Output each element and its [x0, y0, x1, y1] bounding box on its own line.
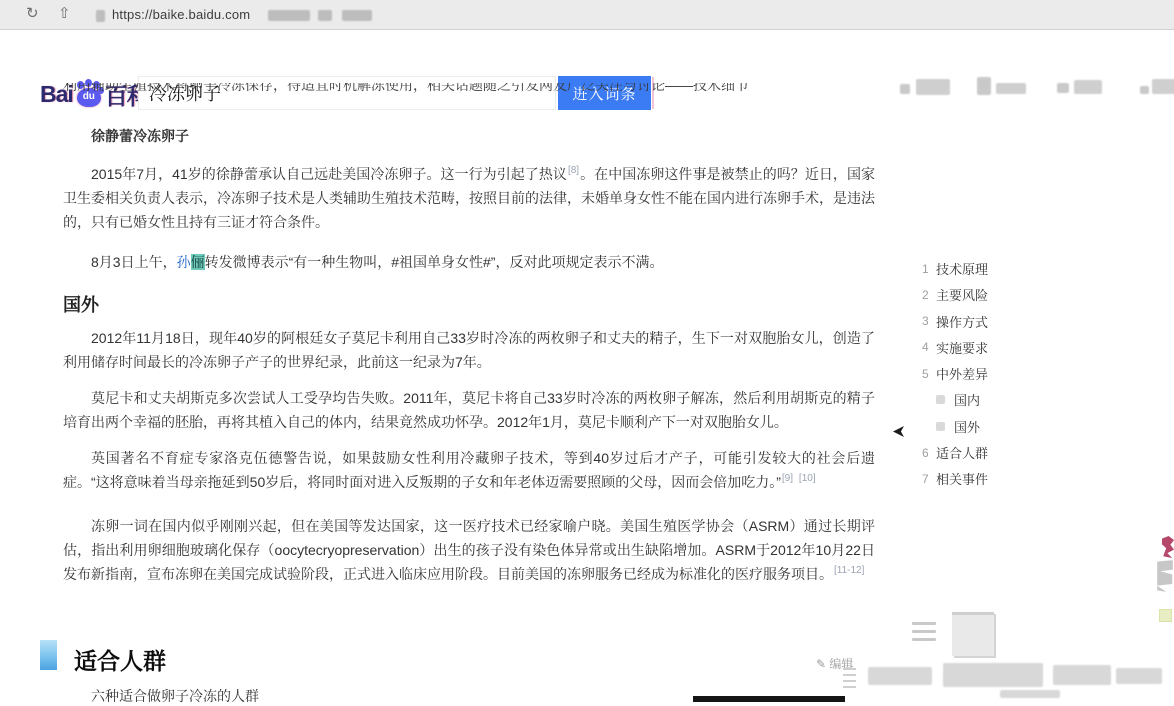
catalog-label: 实施要求: [936, 338, 988, 357]
catalog-label: 操作方式: [936, 312, 988, 331]
subheading-xujinglei: 徐静蕾冷冻卵子: [63, 124, 875, 148]
paragraph-text: 8月3日上午，: [91, 254, 177, 270]
catalog-number: 2: [922, 288, 936, 302]
reference-8[interactable]: [8]: [567, 165, 580, 176]
bullet-icon: [936, 395, 945, 404]
paragraph-text: 转发微博表示“有一种生物叫，#祖国单身女性#”，反对此项规定表示不满。: [205, 254, 664, 270]
catalog-label: 主要风险: [936, 285, 988, 304]
reference-9[interactable]: [9]: [781, 473, 794, 484]
header-link-icon[interactable]: [1057, 83, 1069, 93]
catalog-label: 中外差异: [936, 364, 988, 383]
catalog-label: 国外: [954, 417, 980, 436]
baike-header: Bai du 百科 进入词条: [0, 31, 1174, 83]
paragraph-text: 英国著名不育症专家洛克伍德警告说，如果鼓励女性利用冷藏卵子技术，等到40岁过后才…: [63, 450, 875, 490]
bullet-icon: [936, 422, 945, 431]
blurred-toolbar-text: [1116, 668, 1162, 684]
reload-icon[interactable]: ↻: [26, 4, 39, 22]
edit-pencil-icon: ✎: [816, 657, 826, 671]
paragraph-sunli: 8月3日上午，孙俪转发微博表示“有一种生物叫，#祖国单身女性#”，反对此项规定表…: [63, 250, 875, 274]
catalog-label: 相关事件: [936, 469, 988, 488]
catalog-item-0[interactable]: 1 技术原理: [922, 262, 1032, 275]
paragraph-asrm: 冻卵一词在国内似乎刚刚兴起，但在美国等发达国家，这一医疗技术已经家喻户晓。美国生…: [63, 514, 875, 586]
paragraph-text: 2015年7月，41岁的徐静蕾承认自己远赴美国冷冻卵子。这一行为引起了热议: [91, 166, 567, 182]
catalog-item-1[interactable]: 2 主要风险: [922, 288, 1032, 301]
browser-chrome: ↻ ⇧ https://baike.baidu.com: [0, 0, 1174, 30]
catalog-item-3[interactable]: 4 实施要求: [922, 341, 1032, 354]
catalog-number: 5: [922, 367, 936, 381]
catalog-item-4[interactable]: 5 中外差异: [922, 367, 1032, 380]
catalog-label: 适合人群: [936, 443, 988, 462]
header-link-icon[interactable]: [1140, 86, 1149, 94]
header-link-blurred[interactable]: [1074, 80, 1102, 94]
reference-11-12[interactable]: [11-12]: [833, 565, 865, 576]
catalog-sidebar: 1 技术原理 2 主要风险 3 操作方式 4 实施要求 5 中外差异 国内 国外…: [922, 262, 1032, 499]
blurred-toolbar-text: [1000, 690, 1060, 698]
blurred-toolbar-text: [1053, 665, 1111, 685]
clipped-yellow-widget: [1159, 609, 1172, 622]
address-bar-url[interactable]: https://baike.baidu.com: [112, 7, 250, 22]
paragraph-text: 冻卵一词在国内似乎刚刚兴起，但在美国等发达国家，这一医疗技术已经家喻户晓。美国生…: [63, 518, 875, 582]
mouse-cursor: [893, 425, 904, 438]
clipped-red-widget: [1162, 536, 1174, 558]
clipped-paragraph-line: 利用辅助生殖技术将卵子冷冻保存，待适宜时机解冻使用，相关话题随之引发网友广泛关注…: [63, 83, 875, 96]
link-text: 孙: [177, 254, 191, 270]
blurred-toolbar-text: [890, 670, 904, 682]
share-icon[interactable]: ⇧: [58, 4, 71, 22]
catalog-item-7[interactable]: 6 适合人群: [922, 446, 1032, 459]
url-blurred-segment: [318, 10, 332, 21]
clipped-gray-widget: [1157, 560, 1173, 592]
site-favicon: [96, 10, 105, 22]
bottom-black-bar: [693, 696, 845, 702]
paragraph-argentina: 2012年11月18日，现年40岁的阿根廷女子莫尼卡利用自己33岁时冷冻的两枚卵…: [63, 326, 875, 374]
blurred-toolbar-text: [943, 663, 1043, 687]
catalog-subitem-guonei[interactable]: 国内: [922, 393, 1032, 406]
header-link-blurred[interactable]: [996, 83, 1026, 94]
section-heading-marker: [40, 640, 57, 670]
header-link-icon[interactable]: [900, 84, 910, 94]
heading-guowai: 国外: [63, 291, 99, 317]
catalog-number: 3: [922, 314, 936, 328]
paragraph-xujinglei: 2015年7月，41岁的徐静蕾承认自己远赴美国冷冻卵子。这一行为引起了热议[8]…: [63, 162, 875, 234]
catalog-item-8[interactable]: 7 相关事件: [922, 472, 1032, 485]
link-text-highlighted: 俪: [191, 254, 205, 270]
heading-shihe-renqun: 适合人群: [74, 643, 166, 676]
header-link-blurred[interactable]: [1152, 79, 1174, 94]
catalog-item-2[interactable]: 3 操作方式: [922, 315, 1032, 328]
paragraph-monica: 莫尼卡和丈夫胡斯克多次尝试人工受孕均告失败。2011年，莫尼卡将自己33岁时冷冻…: [63, 386, 875, 434]
list-lines-icon: [843, 668, 856, 692]
document-panel-icon[interactable]: [952, 612, 994, 656]
catalog-number: 6: [922, 446, 936, 460]
catalog-label: 技术原理: [936, 259, 988, 278]
catalog-number: 4: [922, 340, 936, 354]
header-link-blurred[interactable]: [916, 79, 950, 95]
paragraph-uk-expert: 英国著名不育症专家洛克伍德警告说，如果鼓励女性利用冷藏卵子技术，等到40岁过后才…: [63, 446, 875, 494]
catalog-number: 7: [922, 472, 936, 486]
reference-10[interactable]: [10]: [798, 473, 817, 484]
catalog-number: 1: [922, 262, 936, 276]
link-sunli[interactable]: 孙俪: [177, 254, 205, 270]
header-link-icon[interactable]: [977, 77, 991, 95]
catalog-label: 国内: [954, 390, 980, 409]
catalog-subitem-guowai[interactable]: 国外: [922, 420, 1032, 433]
url-blurred-segment: [268, 10, 310, 21]
menu-icon[interactable]: [912, 622, 936, 646]
url-blurred-segment: [342, 10, 372, 21]
